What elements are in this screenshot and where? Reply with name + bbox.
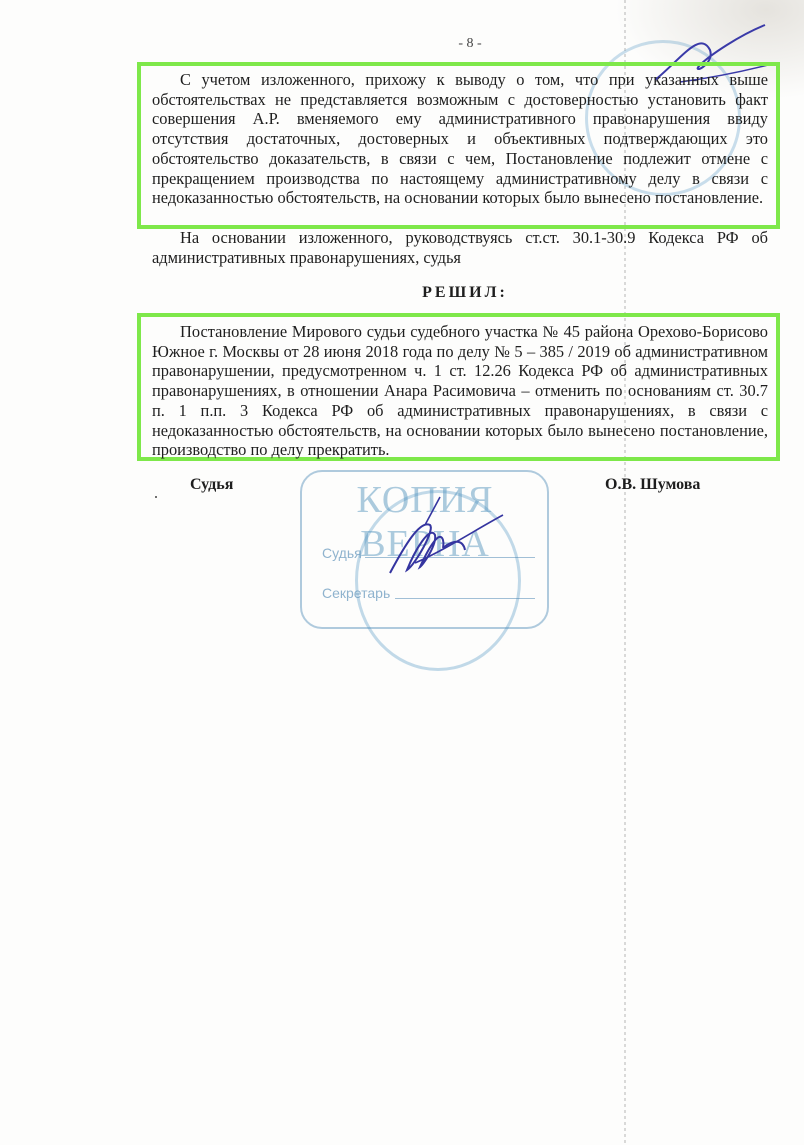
stamp-judge-label: Судья xyxy=(322,545,362,561)
paragraph-decision: Постановление Мирового судьи судебного у… xyxy=(152,322,768,460)
stamp-judge-line xyxy=(365,557,535,558)
stray-dot xyxy=(155,496,157,498)
court-seal xyxy=(355,490,521,671)
paragraph-conclusion: С учетом изложенного, прихожу к выводу о… xyxy=(152,70,768,208)
stamp-secretary-label: Секретарь xyxy=(322,585,390,601)
paragraph-legal-basis: На основании изложенного, руководствуясь… xyxy=(152,228,768,267)
signatory-name: О.В. Шумова xyxy=(605,476,700,494)
stamp-secretary-line xyxy=(395,598,535,599)
signature-role-label: Судья xyxy=(190,476,233,494)
decision-heading: РЕШИЛ: xyxy=(0,284,804,302)
